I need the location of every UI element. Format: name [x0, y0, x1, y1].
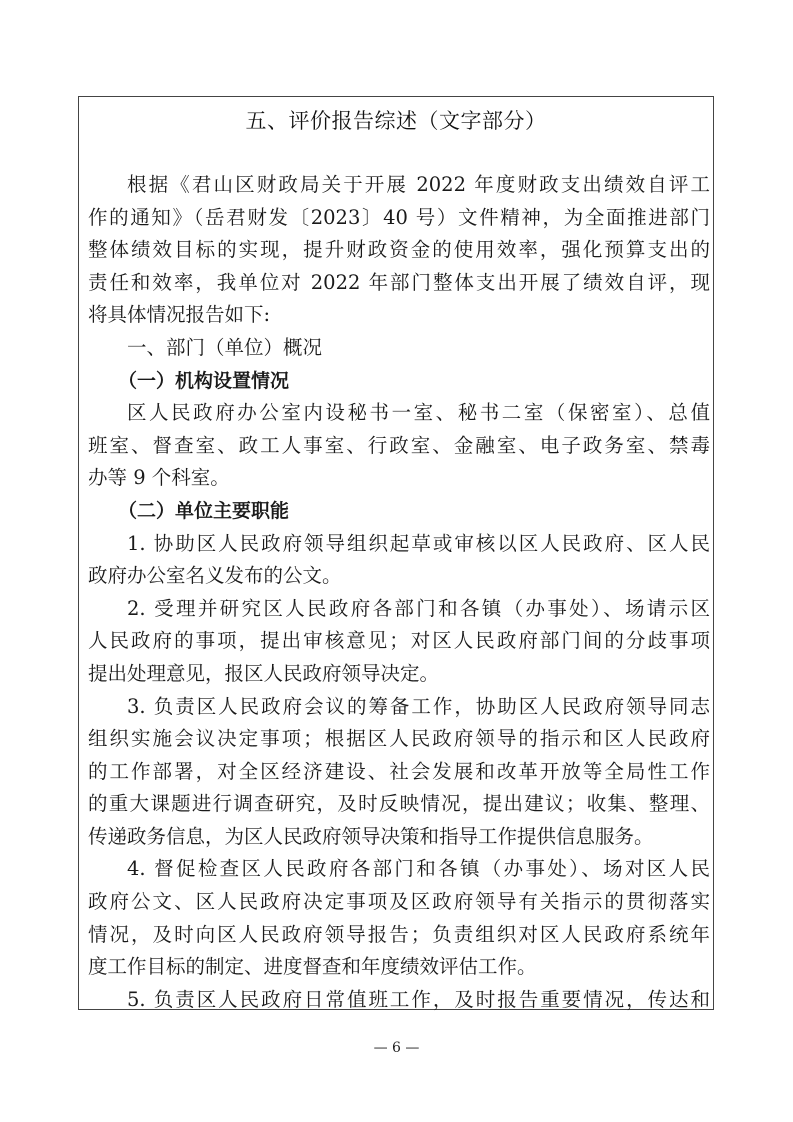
text-line: 的重大课题进行调查研究，及时反映情况，提出建议；收集、整理、: [88, 788, 710, 821]
text-line: 人民政府的事项，提出审核意见；对区人民政府部门间的分歧事项: [88, 625, 710, 658]
text-line: 2. 受理并研究区人民政府各部门和各镇（办事处）、场请示区: [88, 593, 710, 626]
text-line: 的工作部署，对全区经济建设、社会发展和改革开放等全局性工作: [88, 756, 710, 789]
subsection-heading: （一）机构设置情况: [88, 365, 710, 398]
text-line: 4. 督促检查区人民政府各部门和各镇（办事处）、场对区人民: [88, 853, 710, 886]
text-line: 组织实施会议决定事项；根据区人民政府领导的指示和区人民政府: [88, 723, 710, 756]
text-line: 班室、督查室、政工人事室、行政室、金融室、电子政务室、禁毒: [88, 430, 710, 463]
subsection-heading: （二）单位主要职能: [88, 495, 710, 528]
page-number: — 6 —: [0, 1040, 793, 1056]
text-line: 责任和效率，我单位对 2022 年部门整体支出开展了绩效自评，现: [88, 267, 710, 300]
text-line: 作的通知》（岳君财发〔2023〕40 号）文件精神，为全面推进部门: [88, 202, 710, 235]
text-line: 政府公文、区人民政府决定事项及区政府领导有关指示的贯彻落实: [88, 886, 710, 919]
text-line: 1. 协助区人民政府领导组织起草或审核以区人民政府、区人民: [88, 528, 710, 561]
text-line: 政府办公室名义发布的公文。: [88, 560, 710, 593]
text-line: 将具体情况报告如下:: [88, 299, 710, 332]
text-line: 度工作目标的制定、进度督查和年度绩效评估工作。: [88, 951, 710, 984]
text-line: 根据《君山区财政局关于开展 2022 年度财政支出绩效自评工: [88, 169, 710, 202]
text-line: 情况，及时向区人民政府领导报告；负责组织对区人民政府系统年: [88, 919, 710, 952]
text-line: 5. 负责区人民政府日常值班工作，及时报告重要情况，传达和: [88, 984, 710, 1017]
text-line: 传递政务信息，为区人民政府领导决策和指导工作提供信息服务。: [88, 821, 710, 854]
text-line: 3. 负责区人民政府会议的筹备工作，协助区人民政府领导同志: [88, 691, 710, 724]
section-title: 五、评价报告综述（文字部分）: [79, 105, 713, 135]
text-line: 区人民政府办公室内设秘书一室、秘书二室（保密室）、总值: [88, 397, 710, 430]
text-line: 办等 9 个科室。: [88, 462, 710, 495]
report-body: 根据《君山区财政局关于开展 2022 年度财政支出绩效自评工 作的通知》（岳君财…: [88, 169, 710, 1016]
report-frame: 五、评价报告综述（文字部分） 根据《君山区财政局关于开展 2022 年度财政支出…: [78, 96, 714, 1010]
text-line: 整体绩效目标的实现，提升财政资金的使用效率，强化预算支出的: [88, 234, 710, 267]
text-line: 提出处理意见，报区人民政府领导决定。: [88, 658, 710, 691]
section-heading: 一、部门（单位）概况: [88, 332, 710, 365]
